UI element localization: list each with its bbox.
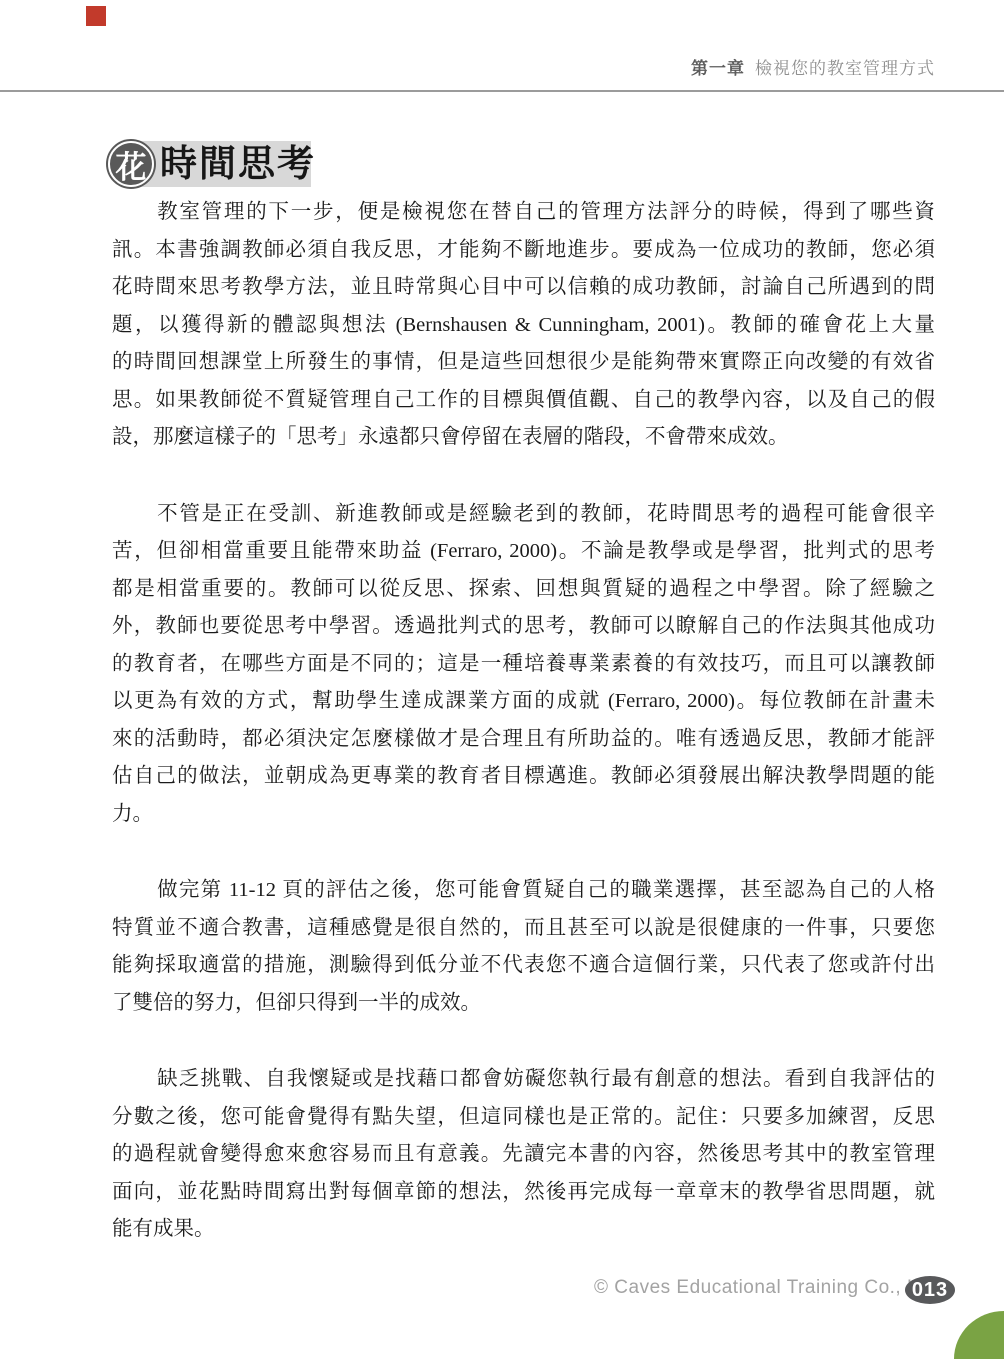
- text-line: 外，教師也要從思考中學習。透過批判式的思考，教師可以瞭解自己的作法與其他成功: [112, 608, 935, 646]
- text-line: 特質並不適合教書，這種感覺是很自然的，而且甚至可以說是很健康的一件事，只要您: [112, 910, 935, 948]
- paragraph: 教室管理的下一步，便是檢視您在替自己的管理方法評分的時候，得到了哪些資 訊。本書…: [112, 194, 935, 457]
- text-line: 設，那麼這樣子的「思考」永遠都只會停留在表層的階段，不會帶來成效。: [112, 419, 935, 457]
- paragraph: 不管是正在受訓、新進教師或是經驗老到的教師，花時間思考的過程可能會很辛 苦，但卻…: [112, 496, 935, 834]
- chapter-title: 檢視您的教室管理方式: [755, 59, 935, 78]
- text-line: 能有成果。: [112, 1211, 935, 1249]
- text-line: 苦，但卻相當重要且能帶來助益 (Ferraro, 2000)。不論是教學或是學習…: [112, 533, 935, 571]
- text-line: 缺乏挑戰、自我懷疑或是找藉口都會妨礙您執行最有創意的想法。看到自我評估的: [112, 1061, 935, 1099]
- text-line: 面向，並花點時間寫出對每個章節的想法，然後再完成每一章章末的教學省思問題，就: [112, 1174, 935, 1212]
- running-head: 第一章檢視您的教室管理方式: [691, 54, 935, 79]
- text-line: 做完第 11-12 頁的評估之後，您可能會質疑自己的職業選擇，甚至認為自己的人格: [112, 872, 935, 910]
- page-number: 013: [912, 1279, 948, 1302]
- circle-character: 花: [106, 139, 156, 189]
- copyright-text: © Caves Educational Training Co., Ltd.: [594, 1277, 941, 1299]
- text-line: 的教育者，在哪些方面是不同的；這是一種培養專業素養的有效技巧，而且可以讓教師: [112, 646, 935, 684]
- text-line: 估自己的做法，並朝成為更專業的教育者目標邁進。教師必須發展出解決教學問題的能: [112, 758, 935, 796]
- text-line: 來的活動時，都必須決定怎麼樣做才是合理且有所助益的。唯有透過反思，教師才能評: [112, 721, 935, 759]
- text-line: 訊。本書強調教師必須自我反思，才能夠不斷地進步。要成為一位成功的教師，您必須: [112, 232, 935, 270]
- paragraph: 做完第 11-12 頁的評估之後，您可能會質疑自己的職業選擇，甚至認為自己的人格…: [112, 872, 935, 1022]
- text-line: 力。: [112, 796, 935, 834]
- text-line: 的過程就會變得愈來愈容易而且有意義。先讀完本書的內容，然後思考其中的教室管理: [112, 1136, 935, 1174]
- text-line: 以更為有效的方式，幫助學生達成課業方面的成就 (Ferraro, 2000)。每…: [112, 683, 935, 721]
- text-line: 的時間回想課堂上所發生的事情，但是這些回想很少是能夠帶來實際正向改變的有效省: [112, 344, 935, 382]
- paragraph: 缺乏挑戰、自我懷疑或是找藉口都會妨礙您執行最有創意的想法。看到自我評估的 分數之…: [112, 1061, 935, 1249]
- text-line: 了雙倍的努力，但卻只得到一半的成效。: [112, 985, 935, 1023]
- green-corner-decoration: [954, 1311, 1004, 1359]
- text-line: 思。如果教師從不質疑管理自己工作的目標與價值觀、自己的教學內容，以及自己的假: [112, 382, 935, 420]
- text-line: 題，以獲得新的體認與想法 (Bernshausen & Cunningham, …: [112, 307, 935, 345]
- section-title: 時間思考: [160, 142, 316, 186]
- body-text: 教室管理的下一步，便是檢視您在替自己的管理方法評分的時候，得到了哪些資 訊。本書…: [112, 194, 935, 1249]
- chapter-label: 第一章: [691, 59, 745, 78]
- text-line: 能夠採取適當的措施，測驗得到低分並不代表您不適合這個行業，只代表了您或許付出: [112, 947, 935, 985]
- text-line: 分數之後，您可能會覺得有點失望，但這同樣也是正常的。記住：只要多加練習，反思: [112, 1099, 935, 1137]
- flower-circle-icon: 花: [106, 139, 156, 189]
- book-page: 第一章檢視您的教室管理方式 花 時間思考 教室管理的下一步，便是檢視您在替自己的…: [0, 0, 1004, 1359]
- text-line: 教室管理的下一步，便是檢視您在替自己的管理方法評分的時候，得到了哪些資: [112, 194, 935, 232]
- text-line: 花時間來思考教學方法，並且時常與心目中可以信賴的成功教師，討論自己所遇到的問: [112, 269, 935, 307]
- text-line: 都是相當重要的。教師可以從反思、探索、回想與質疑的過程之中學習。除了經驗之: [112, 571, 935, 609]
- header-rule: [0, 90, 1004, 92]
- red-corner-marker: [86, 6, 106, 26]
- text-line: 不管是正在受訓、新進教師或是經驗老到的教師，花時間思考的過程可能會很辛: [112, 496, 935, 534]
- page-number-badge: 013: [905, 1276, 955, 1304]
